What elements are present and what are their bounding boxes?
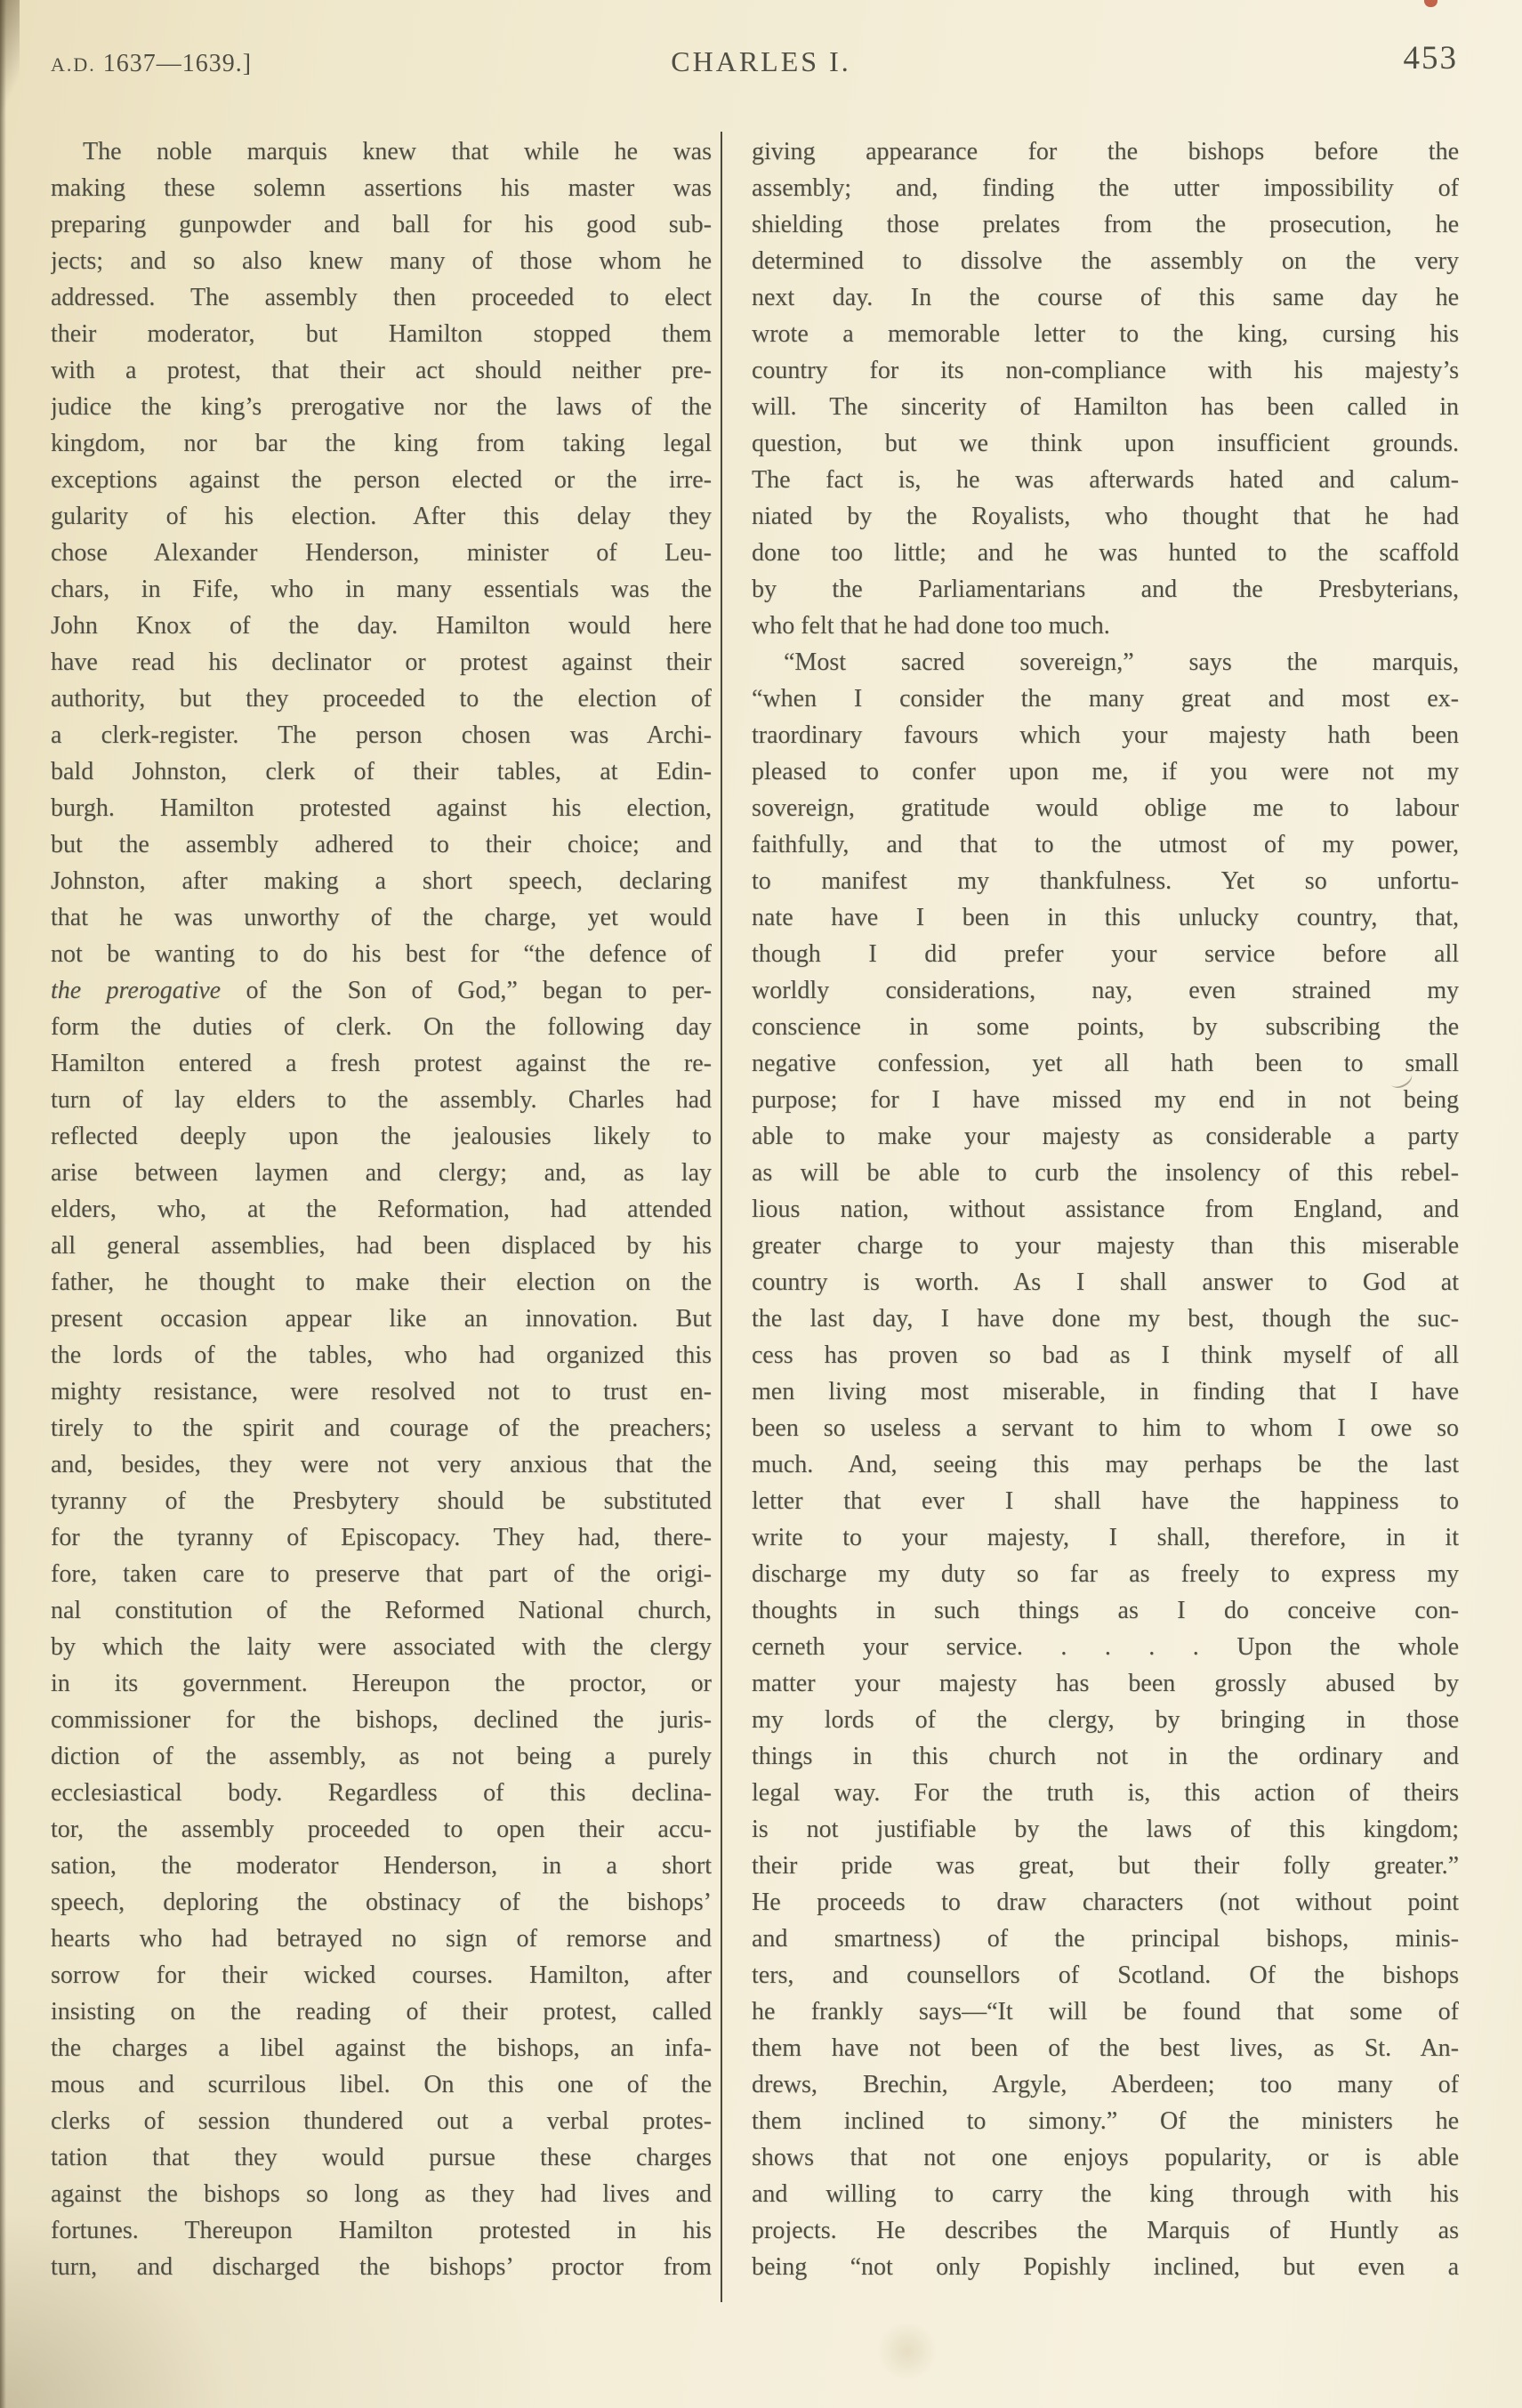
text-line: will. The sincerity of Hamilton has been… <box>752 389 1459 425</box>
text-line: men living most miserable, in finding th… <box>752 1373 1459 1410</box>
text-line: letter that ever I shall have the happin… <box>752 1483 1459 1519</box>
text-line: traordinary favours which your majesty h… <box>752 717 1459 753</box>
text-line: in its government. Hereupon the proctor,… <box>51 1665 712 1702</box>
text-line: reflected deeply upon the jealousies lik… <box>51 1118 712 1155</box>
text-line: father, he thought to make their electio… <box>51 1264 712 1301</box>
text-line: to manifest my thankfulness. Yet so unfo… <box>752 863 1459 899</box>
text-line: ecclesiastical body. Regardless of this … <box>51 1775 712 1811</box>
page-edge-shadow-left <box>0 0 6 2408</box>
text-line: projects. He describes the Marquis of Hu… <box>752 2212 1459 2249</box>
text-line: fortunes. Thereupon Hamilton protested i… <box>51 2212 712 2249</box>
text-line: present occasion appear like an innovati… <box>51 1301 712 1337</box>
text-line: lious nation, without assistance from En… <box>752 1191 1459 1228</box>
text-line: shows that not one enjoys popularity, or… <box>752 2139 1459 2176</box>
text-line: cerneth your service. . . . . Upon the w… <box>752 1629 1459 1665</box>
text-line: clerks of session thundered out a verbal… <box>51 2103 712 2139</box>
text-line: a clerk-register. The person chosen was … <box>51 717 712 753</box>
text-line: sation, the moderator Henderson, in a sh… <box>51 1848 712 1884</box>
text-line: chose Alexander Henderson, minister of L… <box>51 535 712 571</box>
text-line: fore, taken care to preserve that part o… <box>51 1556 712 1592</box>
text-line: determined to dissolve the assembly on t… <box>752 243 1459 279</box>
text-line: have read his declinator or protest agai… <box>51 644 712 681</box>
text-line: He proceeds to draw characters (not with… <box>752 1884 1459 1921</box>
text-line: their pride was great, but their folly g… <box>752 1848 1459 1884</box>
text-line: bald Johnston, clerk of their tables, at… <box>51 753 712 790</box>
text-line: for the tyranny of Episcopacy. They had,… <box>51 1519 712 1556</box>
text-line: against the bishops so long as they had … <box>51 2176 712 2212</box>
text-line: as will be able to curb the insolency of… <box>752 1155 1459 1191</box>
text-line: sovereign, gratitude would oblige me to … <box>752 790 1459 826</box>
text-line: The noble marquis knew that while he was <box>51 133 712 170</box>
text-line: done too little; and he was hunted to th… <box>752 535 1459 571</box>
text-line: things in this church not in the ordinar… <box>752 1738 1459 1775</box>
text-line: ters, and counsellors of Scotland. Of th… <box>752 1957 1459 1993</box>
text-line: greater charge to your majesty than this… <box>752 1228 1459 1264</box>
text-line: and, besides, they were not very anxious… <box>51 1446 712 1483</box>
text-line: pleased to confer upon me, if you were n… <box>752 753 1459 790</box>
text-line: negative confession, yet all hath been t… <box>752 1045 1459 1082</box>
text-line: by which the laity were associated with … <box>51 1629 712 1665</box>
text-line: conscience in some points, by subscribin… <box>752 1009 1459 1045</box>
text-line: the prerogative of the Son of God,” bega… <box>51 972 712 1009</box>
text-line: question, but we think upon insufficient… <box>752 425 1459 462</box>
text-line: tirely to the spirit and courage of the … <box>51 1410 712 1446</box>
column-divider-rule <box>721 132 722 2302</box>
text-line: exceptions against the person elected or… <box>51 462 712 498</box>
text-line: sorrow for their wicked courses. Hamilto… <box>51 1957 712 1993</box>
text-line: the last day, I have done my best, thoug… <box>752 1301 1459 1337</box>
text-line: drews, Brechin, Argyle, Aberdeen; too ma… <box>752 2066 1459 2103</box>
text-line: legal way. For the truth is, this action… <box>752 1775 1459 1811</box>
text-line: though I did prefer your service before … <box>752 936 1459 972</box>
text-line: matter your majesty has been grossly abu… <box>752 1665 1459 1702</box>
text-line: “when I consider the many great and most… <box>752 681 1459 717</box>
text-line: kingdom, nor bar the king from taking le… <box>51 425 712 462</box>
text-line: turn of lay elders to the assembly. Char… <box>51 1082 712 1118</box>
text-line: mighty resistance, were resolved not to … <box>51 1373 712 1410</box>
text-line: mous and scurrilous libel. On this one o… <box>51 2066 712 2103</box>
text-line: tor, the assembly proceeded to open thei… <box>51 1811 712 1848</box>
text-line: authority, but they proceeded to the ele… <box>51 681 712 717</box>
text-line: diction of the assembly, as not being a … <box>51 1738 712 1775</box>
text-line: being “not only Popishly inclined, but e… <box>752 2249 1459 2285</box>
text-line: wrote a memorable letter to the king, cu… <box>752 316 1459 352</box>
text-line: Johnston, after making a short speech, d… <box>51 863 712 899</box>
page-number: 453 <box>1404 39 1459 77</box>
text-line: commissioner for the bishops, declined t… <box>51 1702 712 1738</box>
text-line: purpose; for I have missed my end in not… <box>752 1082 1459 1118</box>
text-line: by the Parliamentarians and the Presbyte… <box>752 571 1459 608</box>
text-line: insisting on the reading of their protes… <box>51 1993 712 2030</box>
text-line: making these solemn assertions his maste… <box>51 170 712 206</box>
right-column: giving appearance for the bishops before… <box>752 133 1459 2285</box>
text-line: nate have I been in this unlucky country… <box>752 899 1459 936</box>
text-line: The fact is, he was afterwards hated and… <box>752 462 1459 498</box>
text-line: cess has proven so bad as I think myself… <box>752 1337 1459 1373</box>
text-line: chars, in Fife, who in many essentials w… <box>51 571 712 608</box>
text-line: assembly; and, finding the utter impossi… <box>752 170 1459 206</box>
text-line: able to make your majesty as considerabl… <box>752 1118 1459 1155</box>
text-line: tyranny of the Presbytery should be subs… <box>51 1483 712 1519</box>
text-line: arise between laymen and clergy; and, as… <box>51 1155 712 1191</box>
text-line: “Most sacred sovereign,” says the marqui… <box>752 644 1459 681</box>
text-line: faithfully, and that to the utmost of my… <box>752 826 1459 863</box>
text-line: speech, deploring the obstinacy of the b… <box>51 1884 712 1921</box>
text-line: that he was unworthy of the charge, yet … <box>51 899 712 936</box>
text-line: who felt that he had done too much. <box>752 608 1459 644</box>
text-line: burgh. Hamilton protested against his el… <box>51 790 712 826</box>
text-line: the charges a libel against the bishops,… <box>51 2030 712 2066</box>
text-line: judice the king’s prerogative nor the la… <box>51 389 712 425</box>
text-line: all general assemblies, had been displac… <box>51 1228 712 1264</box>
text-line: worldly considerations, nay, even strain… <box>752 972 1459 1009</box>
text-line: country is worth. As I shall answer to G… <box>752 1264 1459 1301</box>
left-column: The noble marquis knew that while he was… <box>51 133 712 2285</box>
text-line: their moderator, but Hamilton stopped th… <box>51 316 712 352</box>
book-page: A.D. 1637—1639.] CHARLES I. 453 The nobl… <box>0 0 1522 2408</box>
text-line: my lords of the clergy, by bringing in t… <box>752 1702 1459 1738</box>
text-line: form the duties of clerk. On the followi… <box>51 1009 712 1045</box>
text-line: John Knox of the day. Hamilton would her… <box>51 608 712 644</box>
text-line: addressed. The assembly then proceeded t… <box>51 279 712 316</box>
text-line: giving appearance for the bishops before… <box>752 133 1459 170</box>
red-ink-speck <box>1424 0 1437 7</box>
text-line: turn, and discharged the bishops’ procto… <box>51 2249 712 2285</box>
text-line: jects; and so also knew many of those wh… <box>51 243 712 279</box>
text-line: them inclined to simony.” Of the ministe… <box>752 2103 1459 2139</box>
text-line: tation that they would pursue these char… <box>51 2139 712 2176</box>
text-line: nal constitution of the Reformed Nationa… <box>51 1592 712 1629</box>
text-line: and smartness) of the principal bishops,… <box>752 1921 1459 1957</box>
text-line: and willing to carry the king through wi… <box>752 2176 1459 2212</box>
text-line: country for its non-compliance with his … <box>752 352 1459 389</box>
text-line: hearts who had betrayed no sign of remor… <box>51 1921 712 1957</box>
text-line: been so useless a servant to him to whom… <box>752 1410 1459 1446</box>
text-line: write to your majesty, I shall, therefor… <box>752 1519 1459 1556</box>
text-line: gularity of his election. After this del… <box>51 498 712 535</box>
page-title: CHARLES I. <box>0 45 1522 78</box>
text-line: thoughts in such things as I do conceive… <box>752 1592 1459 1629</box>
text-line: the lords of the tables, who had organiz… <box>51 1337 712 1373</box>
text-line: with a protest, that their act should ne… <box>51 352 712 389</box>
text-line: much. And, seeing this may perhaps be th… <box>752 1446 1459 1483</box>
text-line: shielding those prelates from the prosec… <box>752 206 1459 243</box>
text-line: niated by the Royalists, who thought tha… <box>752 498 1459 535</box>
text-line: is not justifiable by the laws of this k… <box>752 1811 1459 1848</box>
text-line: not be wanting to do his best for “the d… <box>51 936 712 972</box>
text-line: but the assembly adhered to their choice… <box>51 826 712 863</box>
text-line: elders, who, at the Reformation, had att… <box>51 1191 712 1228</box>
paper-stain-mark <box>876 2323 938 2379</box>
text-line: he frankly says—“It will be found that s… <box>752 1993 1459 2030</box>
text-line: preparing gunpowder and ball for his goo… <box>51 206 712 243</box>
text-line: discharge my duty so far as freely to ex… <box>752 1556 1459 1592</box>
text-line: next day. In the course of this same day… <box>752 279 1459 316</box>
text-line: them have not been of the best lives, as… <box>752 2030 1459 2066</box>
text-line: Hamilton entered a fresh protest against… <box>51 1045 712 1082</box>
